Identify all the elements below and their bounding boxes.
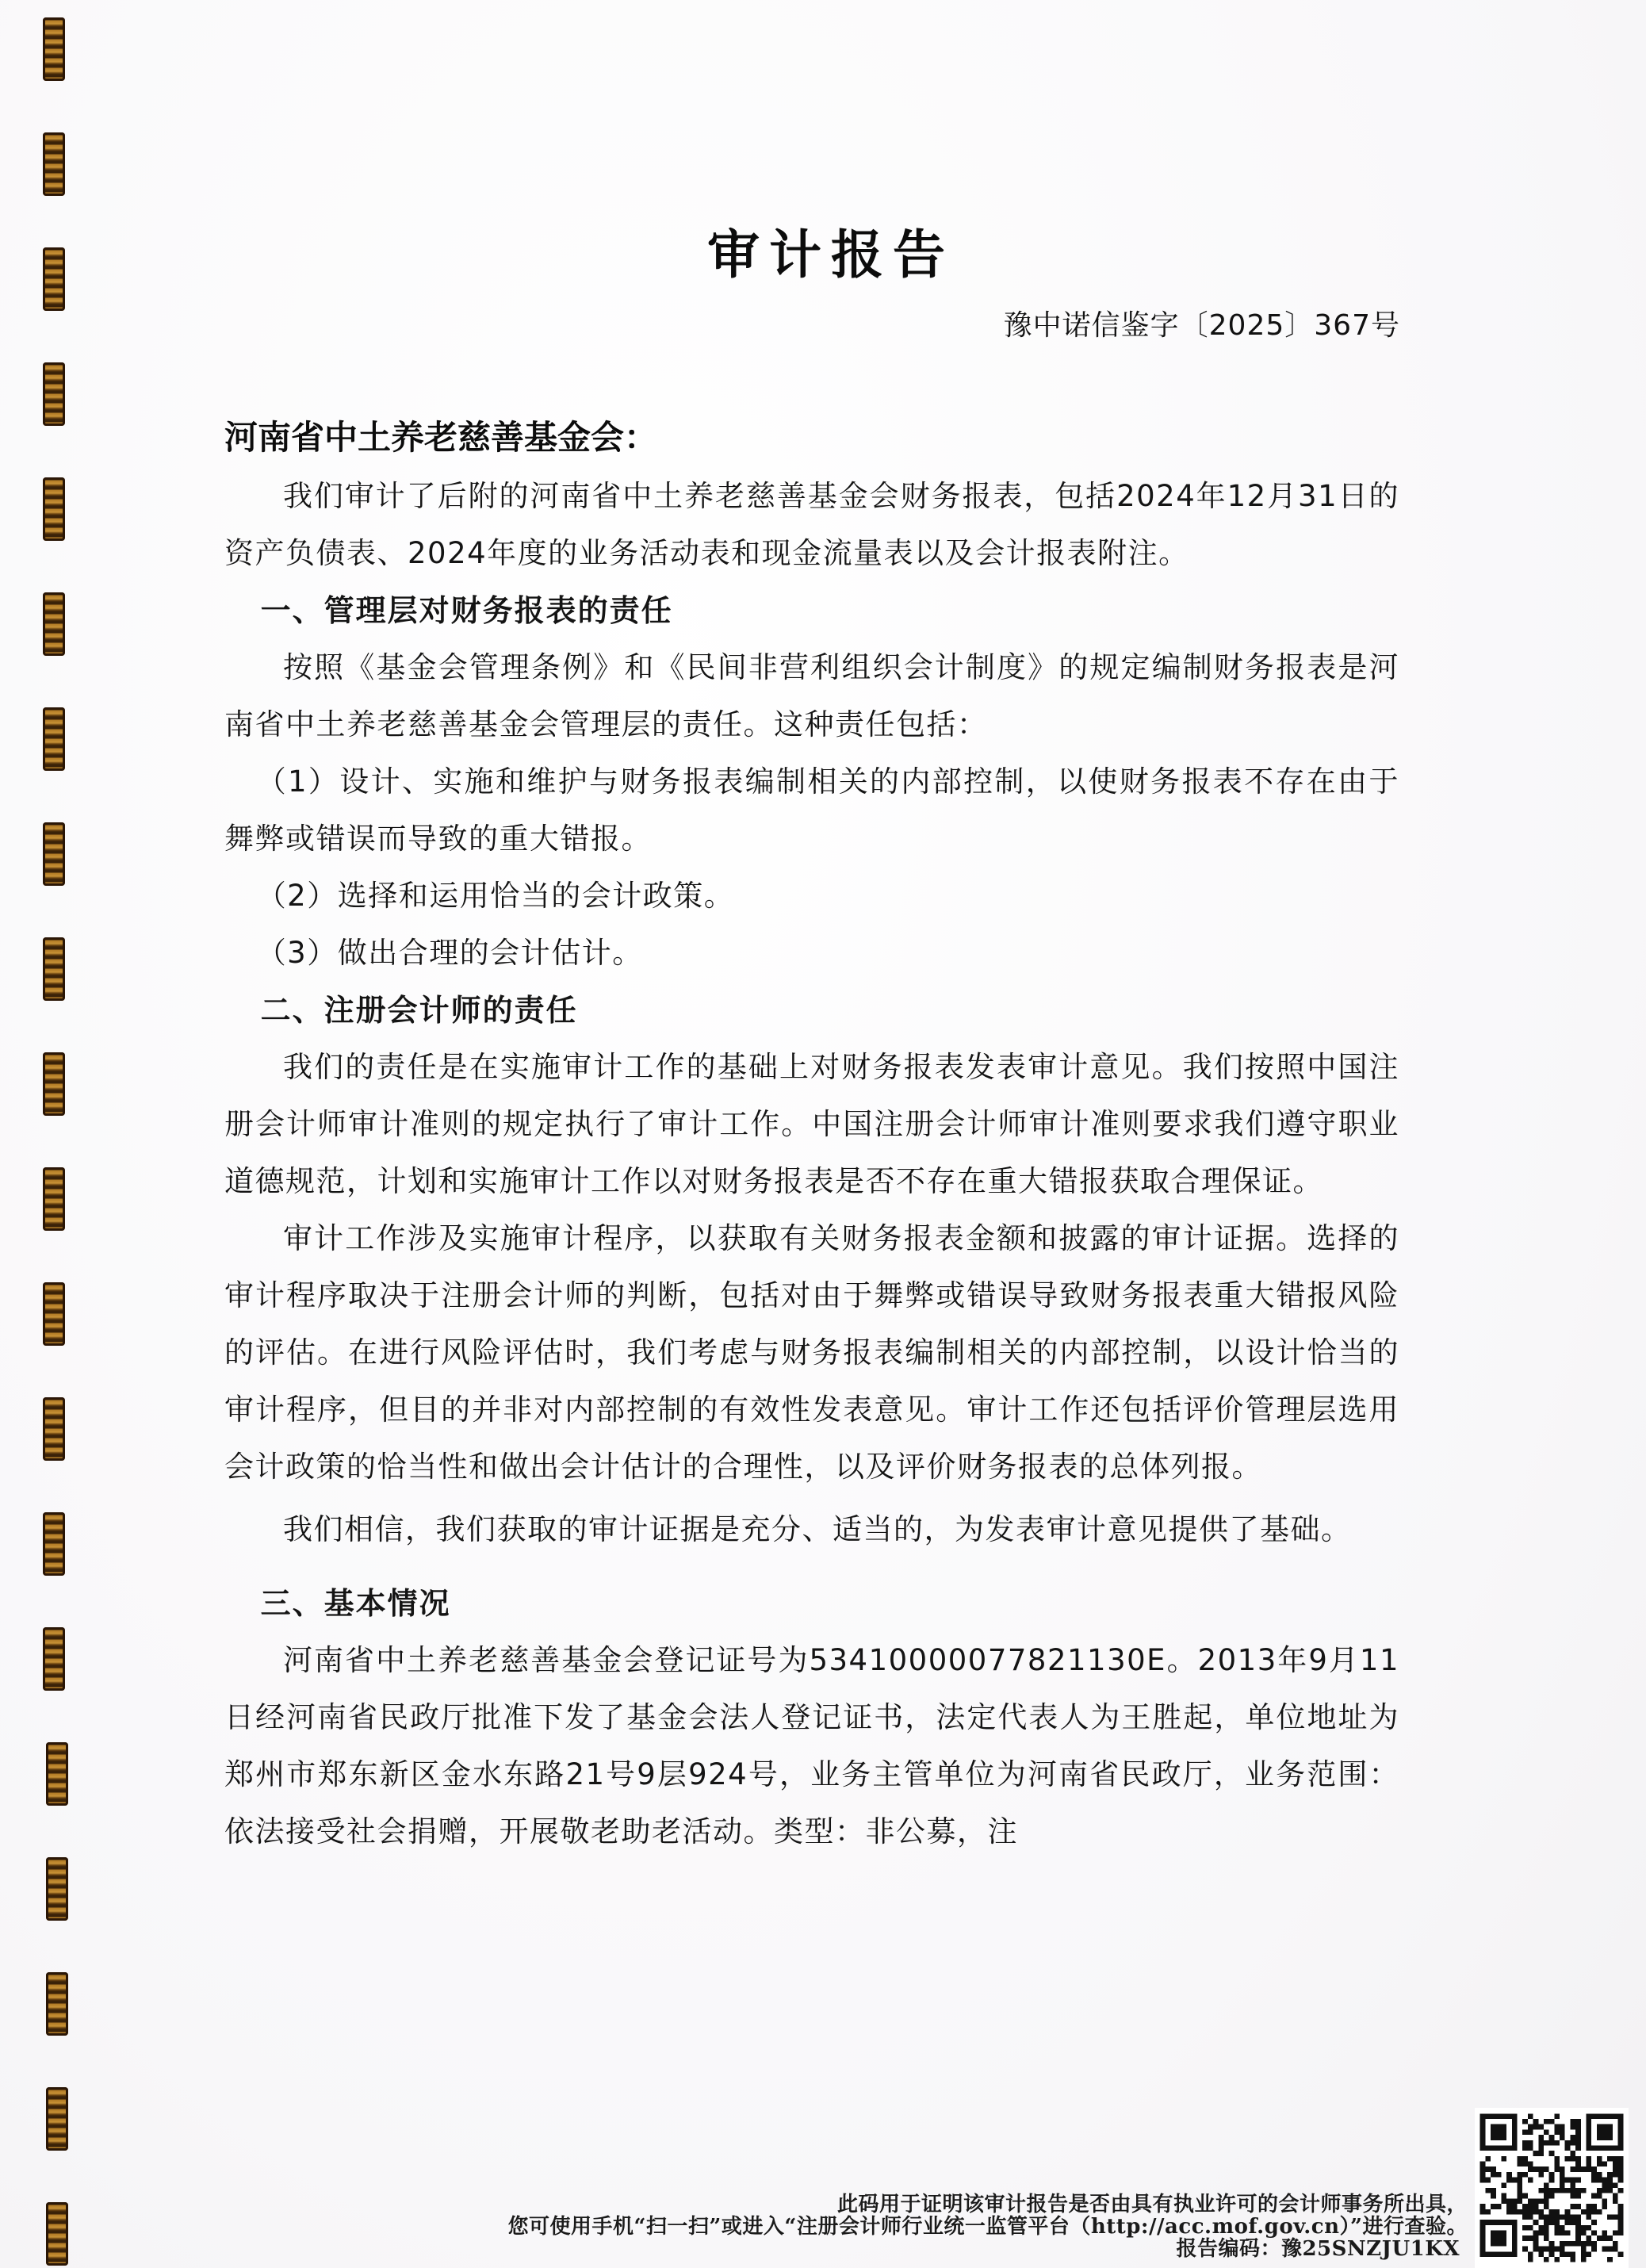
binding-hole-mark bbox=[46, 1742, 68, 1806]
addressee: 河南省中土养老慈善基金会： bbox=[224, 412, 1399, 463]
section-2-paragraph-3: 我们相信，我们获取的审计证据是充分、适当的，为发表审计意见提供了基础。 bbox=[224, 1496, 1399, 1564]
responsibility-item-3: （3）做出合理的会计估计。 bbox=[224, 925, 1399, 982]
responsibility-item-2: （2）选择和运用恰当的会计政策。 bbox=[224, 868, 1399, 925]
report-code: 报告编码：豫25SNZJU1KX bbox=[507, 2238, 1468, 2260]
binding-hole-mark bbox=[43, 1282, 65, 1346]
binding-hole-mark bbox=[46, 2087, 68, 2151]
binding-hole-mark bbox=[43, 1167, 65, 1231]
binding-hole-mark bbox=[43, 477, 65, 541]
section-1-heading: 一、管理层对财务报表的责任 bbox=[224, 582, 1399, 639]
verification-line-2: 您可使用手机“扫一扫”或进入“注册会计师行业统一监管平台（http://acc.… bbox=[507, 2216, 1468, 2238]
binding-holes bbox=[43, 0, 67, 2268]
report-body: 河南省中土养老慈善基金会： 我们审计了后附的河南省中土养老慈善基金会财务报表，包… bbox=[224, 412, 1399, 1860]
section-1-paragraph: 按照《基金会管理条例》和《民间非营利组织会计制度》的规定编制财务报表是河南省中土… bbox=[224, 639, 1399, 753]
section-3-heading: 三、基本情况 bbox=[224, 1575, 1399, 1632]
binding-hole-mark bbox=[43, 707, 65, 771]
section-2-heading: 二、注册会计师的责任 bbox=[224, 982, 1399, 1039]
page-title: 审计报告 bbox=[0, 213, 1646, 288]
binding-hole-mark bbox=[43, 1627, 65, 1691]
binding-hole-mark bbox=[43, 1512, 65, 1576]
binding-hole-mark bbox=[46, 2202, 68, 2266]
binding-hole-mark bbox=[43, 822, 65, 886]
document-number: 豫中诺信鉴字〔2025〕367号 bbox=[1004, 303, 1400, 343]
binding-hole-mark bbox=[43, 17, 65, 81]
binding-hole-mark bbox=[43, 1397, 65, 1461]
binding-hole-mark bbox=[43, 362, 65, 426]
binding-hole-mark bbox=[46, 1972, 68, 2036]
intro-paragraph: 我们审计了后附的河南省中土养老慈善基金会财务报表，包括2024年12月31日的资… bbox=[224, 468, 1399, 582]
binding-hole-mark bbox=[43, 132, 65, 196]
section-3-paragraph: 河南省中土养老慈善基金会登记证号为53410000077821130E。2013… bbox=[224, 1632, 1399, 1860]
responsibility-item-1: （1）设计、实施和维护与财务报表编制相关的内部控制，以使财务报表不存在由于舞弊或… bbox=[224, 753, 1399, 868]
qr-code-icon[interactable] bbox=[1475, 2108, 1629, 2268]
verification-note: 此码用于证明该审计报告是否由具有执业许可的会计师事务所出具， 您可使用手机“扫一… bbox=[507, 2193, 1468, 2260]
section-2-paragraph-1: 我们的责任是在实施审计工作的基础上对财务报表发表审计意见。我们按照中国注册会计师… bbox=[224, 1039, 1399, 1210]
binding-hole-mark bbox=[46, 1857, 68, 1921]
binding-hole-mark bbox=[43, 592, 65, 656]
document-page: 审计报告 豫中诺信鉴字〔2025〕367号 河南省中土养老慈善基金会： 我们审计… bbox=[0, 0, 1646, 2268]
section-2-paragraph-2: 审计工作涉及实施审计程序，以获取有关财务报表金额和披露的审计证据。选择的审计程序… bbox=[224, 1210, 1399, 1496]
binding-hole-mark bbox=[43, 1052, 65, 1116]
verification-line-1: 此码用于证明该审计报告是否由具有执业许可的会计师事务所出具， bbox=[507, 2193, 1468, 2216]
binding-hole-mark bbox=[43, 937, 65, 1001]
